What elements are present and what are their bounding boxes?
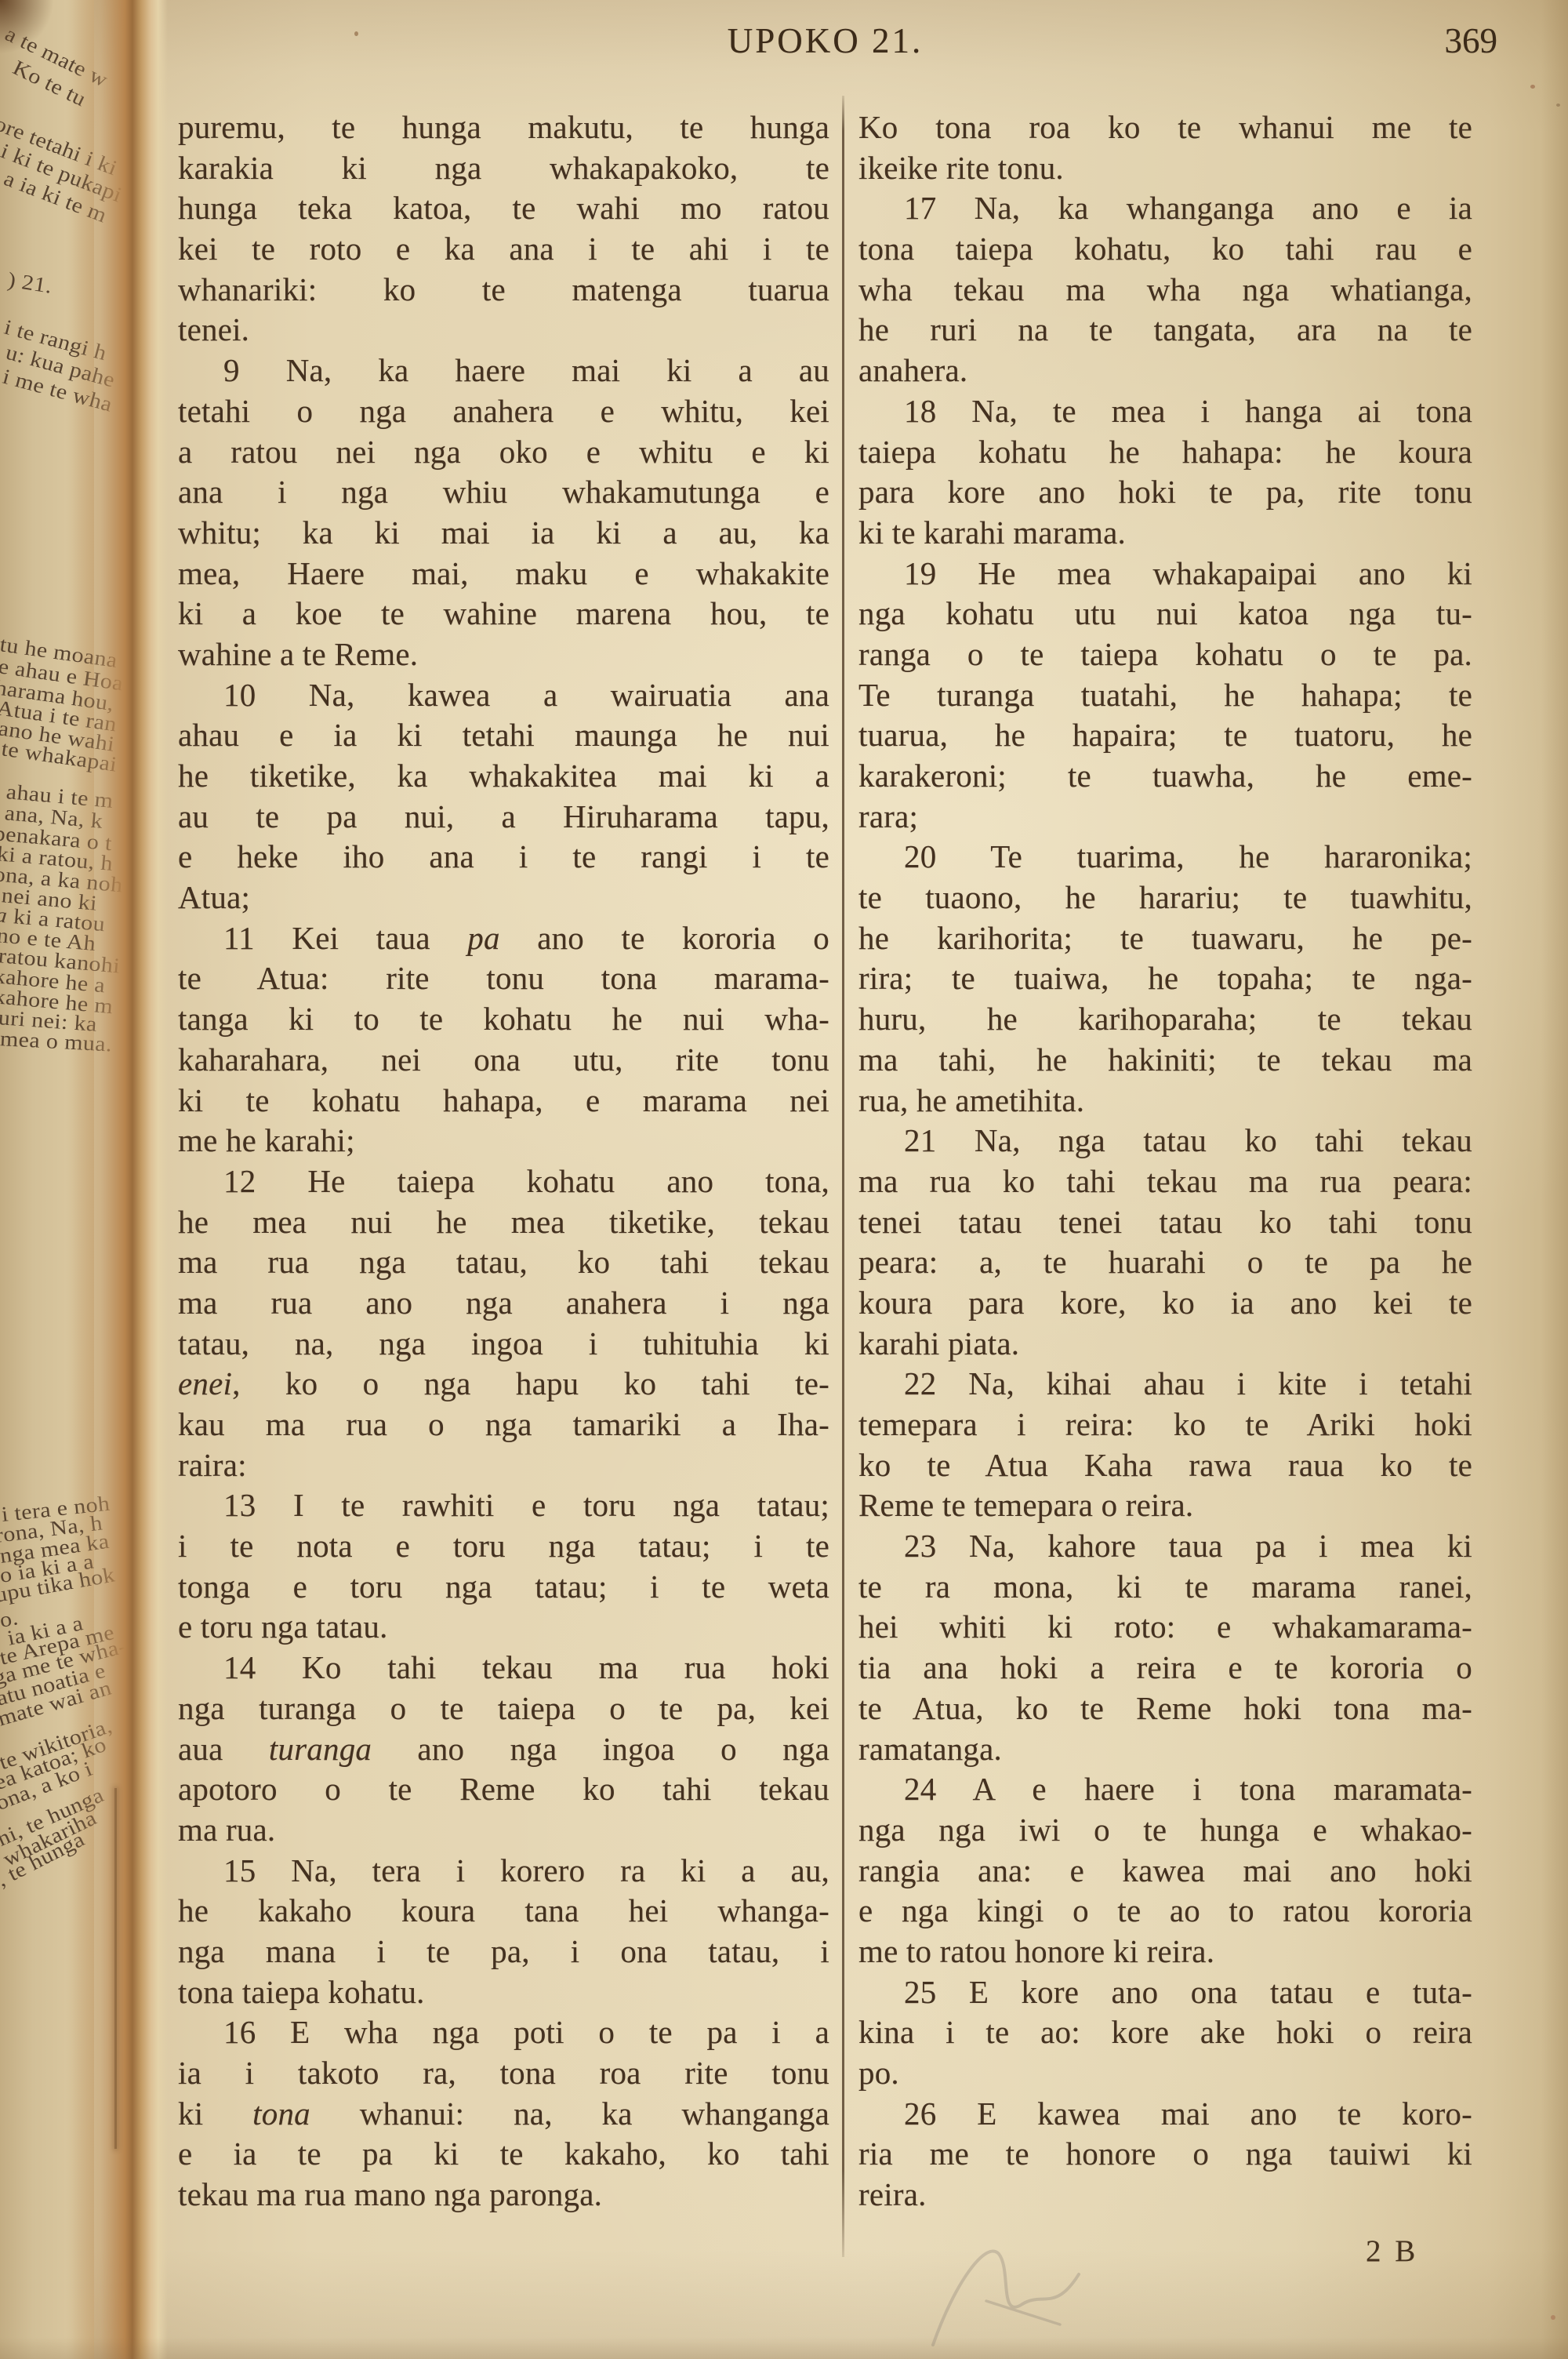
text-line: rangia ana: e kawea mai ano hoki [858,1851,1472,1892]
text-line: ko te Atua Kaha rawa raua ko te [858,1445,1472,1486]
text-line: 13 I te rawhiti e toru nga tatau; [178,1485,829,1526]
text-line: ramatanga. [858,1729,1472,1770]
text-line: raira: [178,1445,829,1486]
text-line: 11 Kei taua pa ano te kororia o [178,918,829,959]
page-number: 369 [1333,20,1497,61]
text-line: whitu; ka ki mai ia ki a au, ka [178,513,829,554]
text-line: Reme te temepara o reira. [858,1485,1472,1526]
text-line: 24 A e haere i tona maramata- [858,1769,1472,1810]
text-line: 21 Na, nga tatau ko tahi tekau [858,1121,1472,1161]
text-line: tanga ki to te kohatu he nui wha- [178,999,829,1040]
text-line: 19 He mea whakapaipai ano ki [858,554,1472,594]
text-line: Te turanga tuatahi, he hahapa; te [858,675,1472,716]
text-line: 22 Na, kihai ahau i kite i tetahi [858,1364,1472,1405]
text-line: e heke iho ana i te rangi i te [178,837,829,878]
text-line: huru, he karihoparaha; te tekau [858,999,1472,1040]
chapter-heading: UPOKO 21. [178,20,1472,61]
text-line: tuarua, he hapaira; te tuatoru, he [858,715,1472,756]
text-line: tona taiepa kohatu, ko tahi rau e [858,229,1472,270]
paper-speck [354,31,358,36]
text-line: kaharahara, nei ona utu, rite tonu [178,1040,829,1081]
text-line: rira; te tuaiwa, he topaha; te nga- [858,958,1472,999]
text-line: reira. [858,2175,1472,2215]
text-line: aua turanga ano nga ingoa o nga [178,1729,829,1770]
text-line: nga nga iwi o te hunga e whakao- [858,1810,1472,1851]
text-line: a ratou nei nga oko e whitu e ki [178,432,829,473]
text-line: mea, Haere mai, maku e whakakite [178,554,829,594]
text-line: he karihorita; te tuawaru, he pe- [858,918,1472,959]
text-line: rara; [858,797,1472,838]
text-line: 25 E kore ano ona tatau e tuta- [858,1972,1472,2013]
edge-text-fragment: ) 21. [6,268,54,299]
page-curl [72,0,168,2359]
text-line: te Atua, ko te Reme hoki tona ma- [858,1688,1472,1729]
text-line: 17 Na, ka whanganga ano e ia [858,188,1472,229]
text-line: tia ana hoki a reira e te kororia o [858,1648,1472,1688]
page-crease [114,1788,117,2149]
text-line: puremu, te hunga makutu, te hunga [178,107,829,148]
text-line: hunga teka katoa, te wahi mo ratou [178,188,829,229]
text-line: he tiketike, ka whakakitea mai ki a [178,756,829,797]
text-line: tenei. [178,310,829,351]
text-line: ana i nga whiu whakamutunga e [178,472,829,513]
text-line: 14 Ko tahi tekau ma rua hoki [178,1648,829,1688]
text-line: tona taiepa kohatu. [178,1972,829,2013]
text-line: 15 Na, tera i korero ra ki a au, [178,1851,829,1892]
text-line: 9 Na, ka haere mai ki a au [178,351,829,391]
text-line: nga kohatu utu nui katoa nga tu- [858,594,1472,634]
text-line: hei whiti ki roto: e whakamarama- [858,1607,1472,1648]
text-line: wha tekau ma wha nga whatianga, [858,270,1472,311]
text-line: te ra mona, ki te marama ranei, [858,1567,1472,1608]
text-line: he ruri na te tangata, ara na te [858,310,1472,351]
text-line: 12 He taiepa kohatu ano tona, [178,1161,829,1202]
text-line: kei te roto e ka ana i te ahi i te [178,229,829,270]
text-line: karakeroni; te tuawha, he eme- [858,756,1472,797]
text-column-right: Ko tona roa ko te whanui me teikeike rit… [858,107,1472,2215]
text-line: te Atua: rite tonu tona marama- [178,958,829,999]
text-line: ki tona whanui: na, ka whanganga [178,2094,829,2135]
text-line: ki te karahi marama. [858,513,1472,554]
page-right-edge [1541,0,1568,2359]
text-line: tenei tatau tenei tatau ko tahi tonu [858,1202,1472,1243]
text-line: ria me te honore o nga tauiwi ki [858,2134,1472,2175]
text-line: karakia ki nga whakapakoko, te [178,148,829,189]
text-line: temepara i reira: ko te Ariki hoki [858,1405,1472,1445]
text-line: nga mana i te pa, i ona tatau, i [178,1932,829,1972]
text-line: ma rua ko tahi tekau ma rua peara: [858,1161,1472,1202]
text-line: tekau ma rua mano nga paronga. [178,2175,829,2215]
text-line: anahera. [858,351,1472,391]
column-divider [842,96,844,2257]
text-line: 16 E wha nga poti o te pa i a [178,2012,829,2053]
text-line: whanariki: ko te matenga tuarua [178,270,829,311]
text-line: ma rua nga tatau, ko tahi tekau [178,1242,829,1283]
text-line: nga turanga o te taiepa o te pa, kei [178,1688,829,1729]
text-column-left: puremu, te hunga makutu, te hungakarakia… [178,107,829,2215]
text-line: po. [858,2053,1472,2094]
text-line: ikeike rite tonu. [858,148,1472,189]
text-line: ma rua. [178,1810,829,1851]
page-bottom-edge [0,2337,1568,2359]
text-line: Ko tona roa ko te whanui me te [858,107,1472,148]
paper-speck [1530,85,1535,89]
text-line: ma rua ano nga anahera i nga [178,1283,829,1324]
text-line: tonga e toru nga tatau; i te weta [178,1567,829,1608]
text-line: ki te kohatu hahapa, e marama nei [178,1081,829,1121]
text-line: ia i takoto ra, tona roa rite tonu [178,2053,829,2094]
text-line: ki a koe te wahine marena hou, te [178,594,829,634]
text-line: kina i te ao: kore ake hoki o reira [858,2012,1472,2053]
text-line: ranga o te taiepa kohatu o te pa. [858,634,1472,675]
text-line: te tuaono, he harariu; te tuawhitu, [858,878,1472,918]
text-line: karahi piata. [858,1324,1472,1365]
text-line: wahine a te Reme. [178,634,829,675]
text-line: 18 Na, te mea i hanga ai tona [858,391,1472,432]
text-line: kau ma rua o nga tamariki a Iha- [178,1405,829,1445]
text-line: peara: a, te huarahi o te pa he [858,1242,1472,1283]
text-line: au te pa nui, a Hiruharama tapu, [178,797,829,838]
text-line: me he karahi; [178,1121,829,1161]
signature-mark: 2 B [1366,2234,1418,2269]
text-line: e ia te pa ki te kakaho, ko tahi [178,2134,829,2175]
text-line: he kakaho koura tana hei whanga- [178,1891,829,1932]
text-line: 20 Te tuarima, he hararonika; [858,837,1472,878]
text-line: taiepa kohatu he hahapa: he koura [858,432,1472,473]
text-line: 23 Na, kahore taua pa i mea ki [858,1526,1472,1567]
text-line: apotoro o te Reme ko tahi tekau [178,1769,829,1810]
text-line: me to ratou honore ki reira. [858,1932,1472,1972]
text-line: Atua; [178,878,829,918]
text-line: 10 Na, kawea a wairuatia ana [178,675,829,716]
text-line: tetahi o nga anahera e whitu, kei [178,391,829,432]
text-line: ma tahi, he hakiniti; te tekau ma [858,1040,1472,1081]
text-line: para kore ano hoki te pa, rite tonu [858,472,1472,513]
text-line: tatau, na, nga ingoa i tuhituhia ki [178,1324,829,1365]
text-line: 26 E kawea mai ano te koro- [858,2094,1472,2135]
text-line: rua, he ametihita. [858,1081,1472,1121]
text-line: enei, ko o nga hapu ko tahi te- [178,1364,829,1405]
text-line: ahau e ia ki tetahi maunga he nui [178,715,829,756]
text-line: he mea nui he mea tiketike, tekau [178,1202,829,1243]
text-line: i te nota e toru nga tatau; i te [178,1526,829,1567]
gutter-shadow [0,0,63,71]
book-page-scan: { "page": { "heading": "UPOKO 21.", "pag… [0,0,1568,2359]
text-line: e nga kingi o te ao to ratou kororia [858,1891,1472,1932]
text-line: e toru nga tatau. [178,1607,829,1648]
text-line: koura para kore, ko ia ano kei te [858,1283,1472,1324]
